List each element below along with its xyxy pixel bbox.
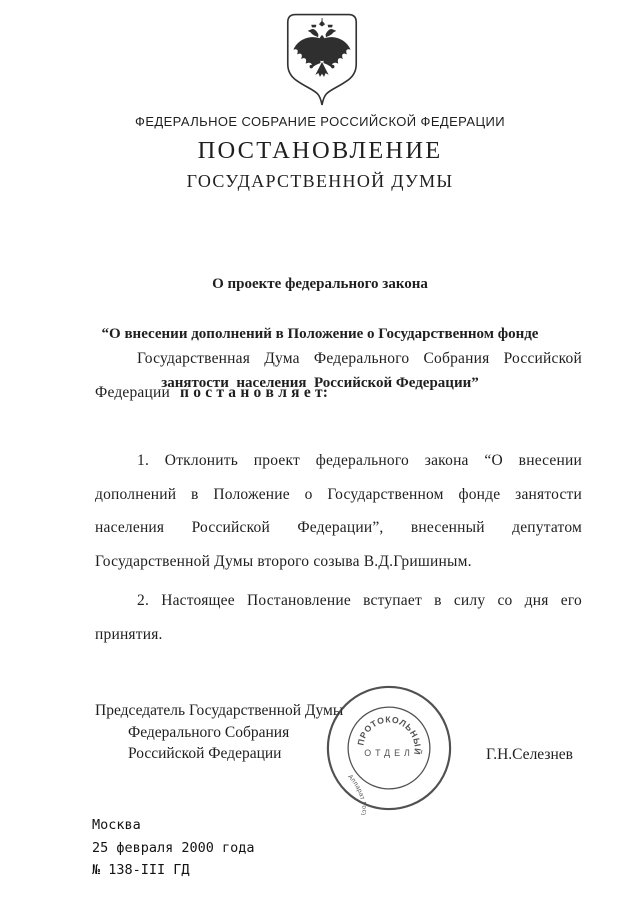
date-line: 25 февраля 2000 года xyxy=(92,837,255,860)
clause-2-line: 2. Настоящее Постановление вступает в си… xyxy=(95,584,582,618)
state-duma-heading: ГОСУДАРСТВЕННОЙ ДУМЫ xyxy=(0,171,640,192)
preamble: Государственная Дума Федерального Собран… xyxy=(95,342,582,409)
clause-1-line: населения Российской Федерации”, внесенн… xyxy=(95,511,582,545)
number-line: № 138-III ГД xyxy=(92,859,255,882)
federal-assembly-line: ФЕДЕРАЛЬНОЕ СОБРАНИЕ РОССИЙСКОЙ ФЕДЕРАЦИ… xyxy=(0,114,640,129)
resolution-heading: ПОСТАНОВЛЕНИЕ xyxy=(0,137,640,165)
document-page: ФЕДЕРАЛЬНОЕ СОБРАНИЕ РОССИЙСКОЙ ФЕДЕРАЦИ… xyxy=(0,0,640,900)
preamble-word: Федерации xyxy=(95,384,170,401)
resolves-verb: п о с т а н о в л я е т: xyxy=(180,384,328,401)
preamble-line: Федерациип о с т а н о в л я е т: xyxy=(95,376,582,410)
protocol-department-stamp-icon: Аппарат Государственной Думы Федеральног… xyxy=(320,681,458,815)
preamble-line: Государственная Дума Федерального Собран… xyxy=(95,342,582,376)
russian-coat-of-arms-icon xyxy=(286,13,358,107)
clause-1-line: Государственной Думы второго созыва В.Д.… xyxy=(95,545,582,579)
signatory-position-line: Российской Федерации xyxy=(95,743,343,765)
clause-2: 2. Настоящее Постановление вступает в си… xyxy=(95,584,582,651)
signatory-position-line: Федерального Собрания xyxy=(95,722,343,744)
clause-2-line: принятия. xyxy=(95,618,582,652)
document-footer: Москва 25 февраля 2000 года № 138-III ГД xyxy=(92,814,255,882)
subject-title-line: “О внесении дополнений в Положение о Гос… xyxy=(80,326,560,343)
city-line: Москва xyxy=(92,814,255,837)
signature-block: Председатель Государственной Думы Федера… xyxy=(95,700,343,765)
clause-1: 1. Отклонить проект федерального закона … xyxy=(95,444,582,578)
stamp-center-text: ОТДЕЛ xyxy=(364,748,413,758)
stamp-ring-text: Аппарат Государственной Думы Федеральног… xyxy=(320,757,368,815)
signatory-name: Г.Н.Селезнев xyxy=(486,746,573,764)
svg-text:Аппарат Государственной Думы Ф: Аппарат Государственной Думы Федеральног… xyxy=(320,757,368,815)
subject-title-line: О проекте федерального закона xyxy=(80,276,560,293)
signatory-position-line: Председатель Государственной Думы xyxy=(95,700,343,722)
document-header: ФЕДЕРАЛЬНОЕ СОБРАНИЕ РОССИЙСКОЙ ФЕДЕРАЦИ… xyxy=(0,114,640,192)
clause-1-line: дополнений в Положение о Государственном… xyxy=(95,478,582,512)
clause-1-line: 1. Отклонить проект федерального закона … xyxy=(95,444,582,478)
